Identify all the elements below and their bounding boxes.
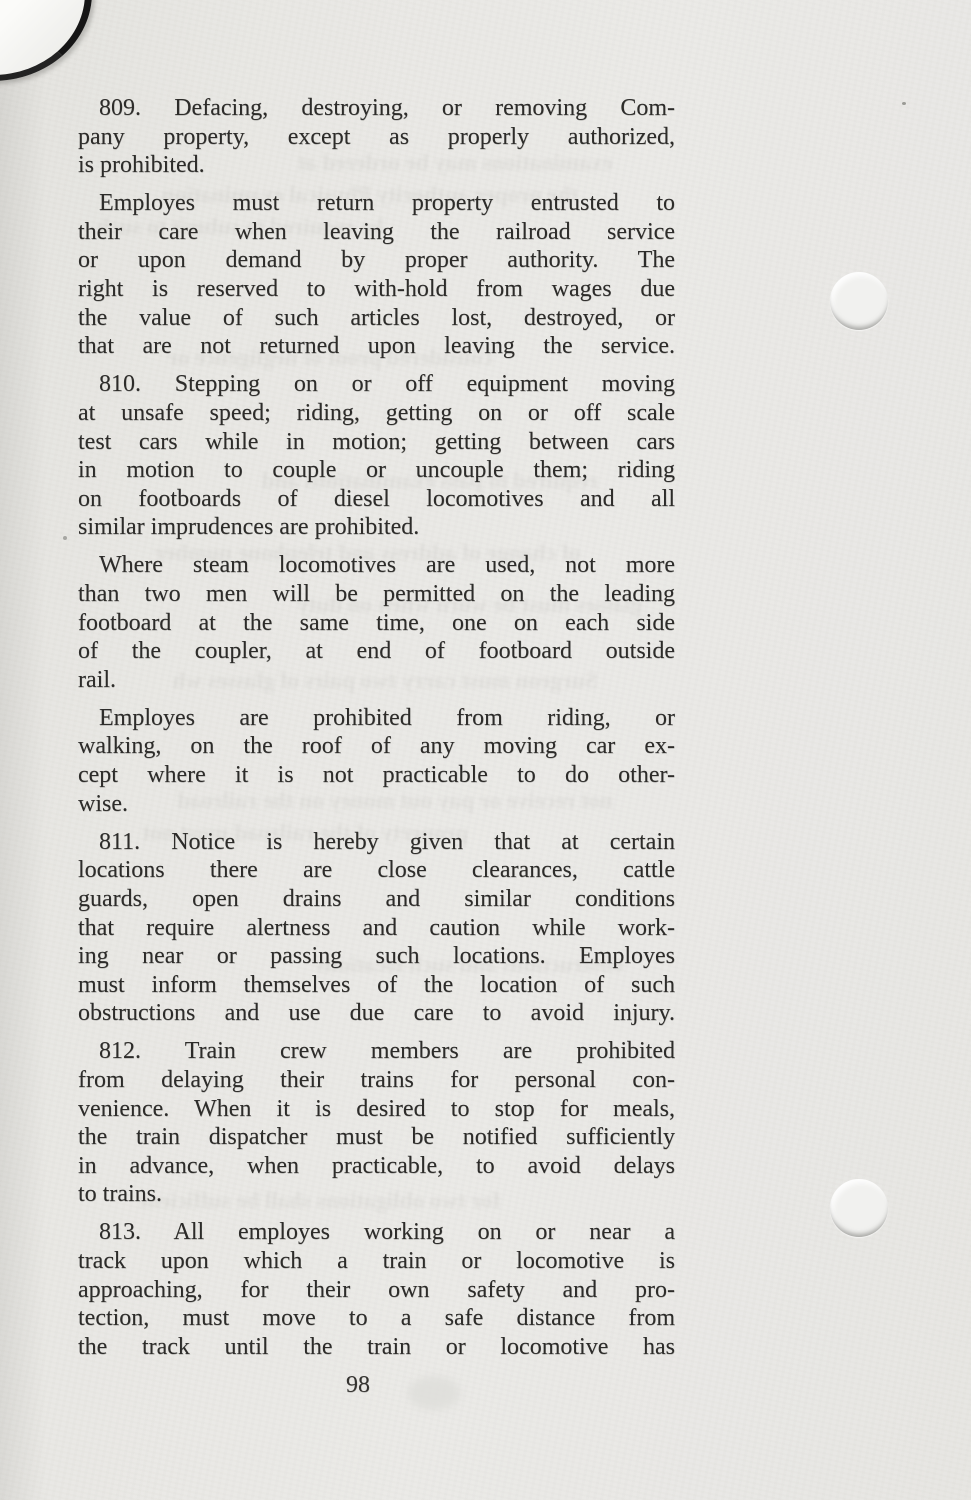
rule-paragraph-813: 813. All employes working on or near atr…	[78, 1218, 675, 1361]
text-line: Employes are prohibited from riding, or	[78, 704, 675, 733]
text-line: Employes must return property entrusted …	[78, 189, 675, 218]
text-line: similar imprudences are prohibited.	[78, 513, 675, 542]
text-line: wise.	[78, 790, 675, 819]
text-line: footboard at the same time, one on each …	[78, 609, 675, 638]
punch-hole-bottom	[830, 1179, 888, 1237]
text-line: pany property, except as properly author…	[78, 123, 675, 152]
text-line: 811. Notice is hereby given that at cert…	[78, 828, 675, 857]
page-number: 98	[78, 1372, 638, 1399]
text-line: in motion to couple or uncouple them; ri…	[78, 456, 675, 485]
page-text-column: 809. Defacing, destroying, or removing C…	[78, 94, 675, 1361]
rule-paragraph: Employes must return property entrusted …	[78, 189, 675, 361]
rule-paragraph: Employes are prohibited from riding, orw…	[78, 704, 675, 818]
text-line: in advance, when practicable, to avoid d…	[78, 1152, 675, 1181]
text-line: the track until the train or locomotive …	[78, 1333, 675, 1362]
text-line: approaching, for their own safety and pr…	[78, 1276, 675, 1305]
text-line: their care when leaving the railroad ser…	[78, 218, 675, 247]
text-line: that are not returned upon leaving the s…	[78, 332, 675, 361]
text-line: guards, open drains and similar conditio…	[78, 885, 675, 914]
text-line: rail.	[78, 666, 675, 695]
text-line: venience. When it is desired to stop for…	[78, 1095, 675, 1124]
rule-paragraph-812: 812. Train crew members are prohibitedfr…	[78, 1037, 675, 1209]
text-line: of the coupler, at end of footboard outs…	[78, 637, 675, 666]
left-edge-shadow	[0, 0, 46, 1500]
text-line: tection, must move to a safe distance fr…	[78, 1304, 675, 1333]
rule-paragraph-811: 811. Notice is hereby given that at cert…	[78, 828, 675, 1028]
text-line: the value of such articles lost, destroy…	[78, 304, 675, 333]
page-corner-curl	[0, 0, 92, 81]
rule-paragraph-809: 809. Defacing, destroying, or removing C…	[78, 94, 675, 180]
text-line: obstructions and use due care to avoid i…	[78, 999, 675, 1028]
text-line: on footboards of diesel locomotives and …	[78, 485, 675, 514]
rule-paragraph: Where steam locomotives are used, not mo…	[78, 551, 675, 694]
text-line: 812. Train crew members are prohibited	[78, 1037, 675, 1066]
text-line: to trains.	[78, 1180, 675, 1209]
text-line: than two men will be permitted on the le…	[78, 580, 675, 609]
scan-speck	[63, 536, 67, 540]
text-line: cept where it is not practicable to do o…	[78, 761, 675, 790]
text-line: from delaying their trains for personal …	[78, 1066, 675, 1095]
text-line: the train dispatcher must be notified su…	[78, 1123, 675, 1152]
text-line: right is reserved to with-hold from wage…	[78, 275, 675, 304]
text-line: walking, on the roof of any moving car e…	[78, 732, 675, 761]
text-line: 813. All employes working on or near a	[78, 1218, 675, 1247]
text-line: that require alertness and caution while…	[78, 914, 675, 943]
punch-hole-top	[830, 272, 888, 330]
text-line: 809. Defacing, destroying, or removing C…	[78, 94, 675, 123]
text-line: ing near or passing such locations. Empl…	[78, 942, 675, 971]
text-line: at unsafe speed; riding, getting on or o…	[78, 399, 675, 428]
rule-paragraph-810: 810. Stepping on or off equipment moving…	[78, 370, 675, 542]
text-line: test cars while in motion; getting betwe…	[78, 428, 675, 457]
text-line: is prohibited.	[78, 151, 675, 180]
text-line: track upon which a train or locomotive i…	[78, 1247, 675, 1276]
text-line: Where steam locomotives are used, not mo…	[78, 551, 675, 580]
scanned-book-page: { "document": { "page_number": "98", "pa…	[0, 0, 971, 1500]
text-line: locations there are close clearances, ca…	[78, 856, 675, 885]
text-line: 810. Stepping on or off equipment moving	[78, 370, 675, 399]
text-line: or upon demand by proper authority. The	[78, 246, 675, 275]
text-line: must inform themselves of the location o…	[78, 971, 675, 1000]
scan-speck	[902, 102, 906, 105]
